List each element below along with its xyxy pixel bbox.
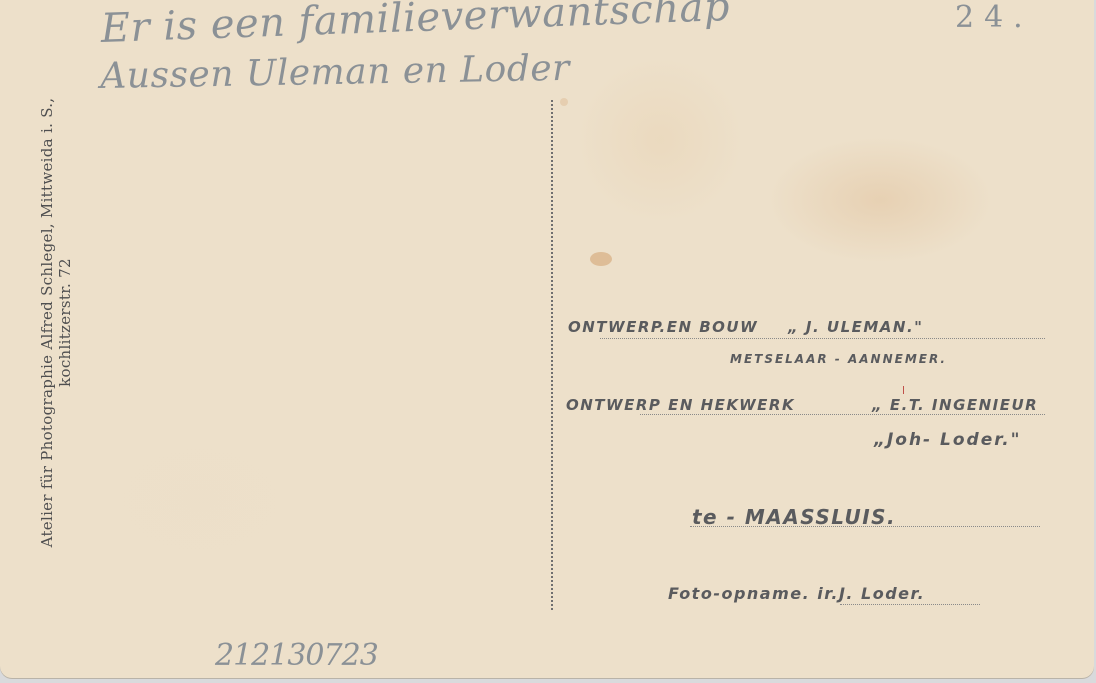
handwritten-corner-mark: 24. (955, 0, 1033, 35)
handwritten-archive-number: 212130723 (215, 638, 378, 673)
caption-engineer-name: „Joh- Loder." (874, 430, 1022, 450)
caption-design-build-label: ONTWERP.EN BOUW (568, 318, 758, 336)
caption-design-fence-label: ONTWERP EN HEKWERK (566, 396, 795, 414)
dotted-rule (840, 604, 980, 605)
studio-imprint-line-1: Atelier für Photographie Alfred Schlegel… (38, 50, 57, 595)
center-dotted-divider (551, 100, 553, 610)
dotted-rule (690, 526, 1040, 527)
stain-spot (590, 252, 612, 266)
dotted-rule (640, 414, 1045, 415)
caption-photo-credit: Foto-opname. ir.J. Loder. (668, 584, 925, 603)
studio-imprint-line-2: kochlitzerstr. 72 (57, 50, 74, 595)
caption-design-build-value: „ J. ULEMAN." (788, 318, 923, 336)
caption-mason-contractor: METSELAAR - AANNEMER. (730, 352, 947, 366)
postcard-back: Er is een familieverwantschap Aussen Ule… (0, 0, 1094, 678)
dotted-rule (600, 338, 1045, 339)
handwritten-note-line-2: Aussen Uleman en Loder (100, 48, 570, 97)
red-pencil-mark (903, 386, 904, 394)
studio-imprint: Atelier für Photographie Alfred Schlegel… (38, 50, 74, 595)
caption-design-fence-value: „ E.T. INGENIEUR (872, 396, 1038, 414)
stain-spot-small (560, 98, 568, 106)
handwritten-note-line-1: Er is een familieverwantschap (100, 0, 731, 52)
